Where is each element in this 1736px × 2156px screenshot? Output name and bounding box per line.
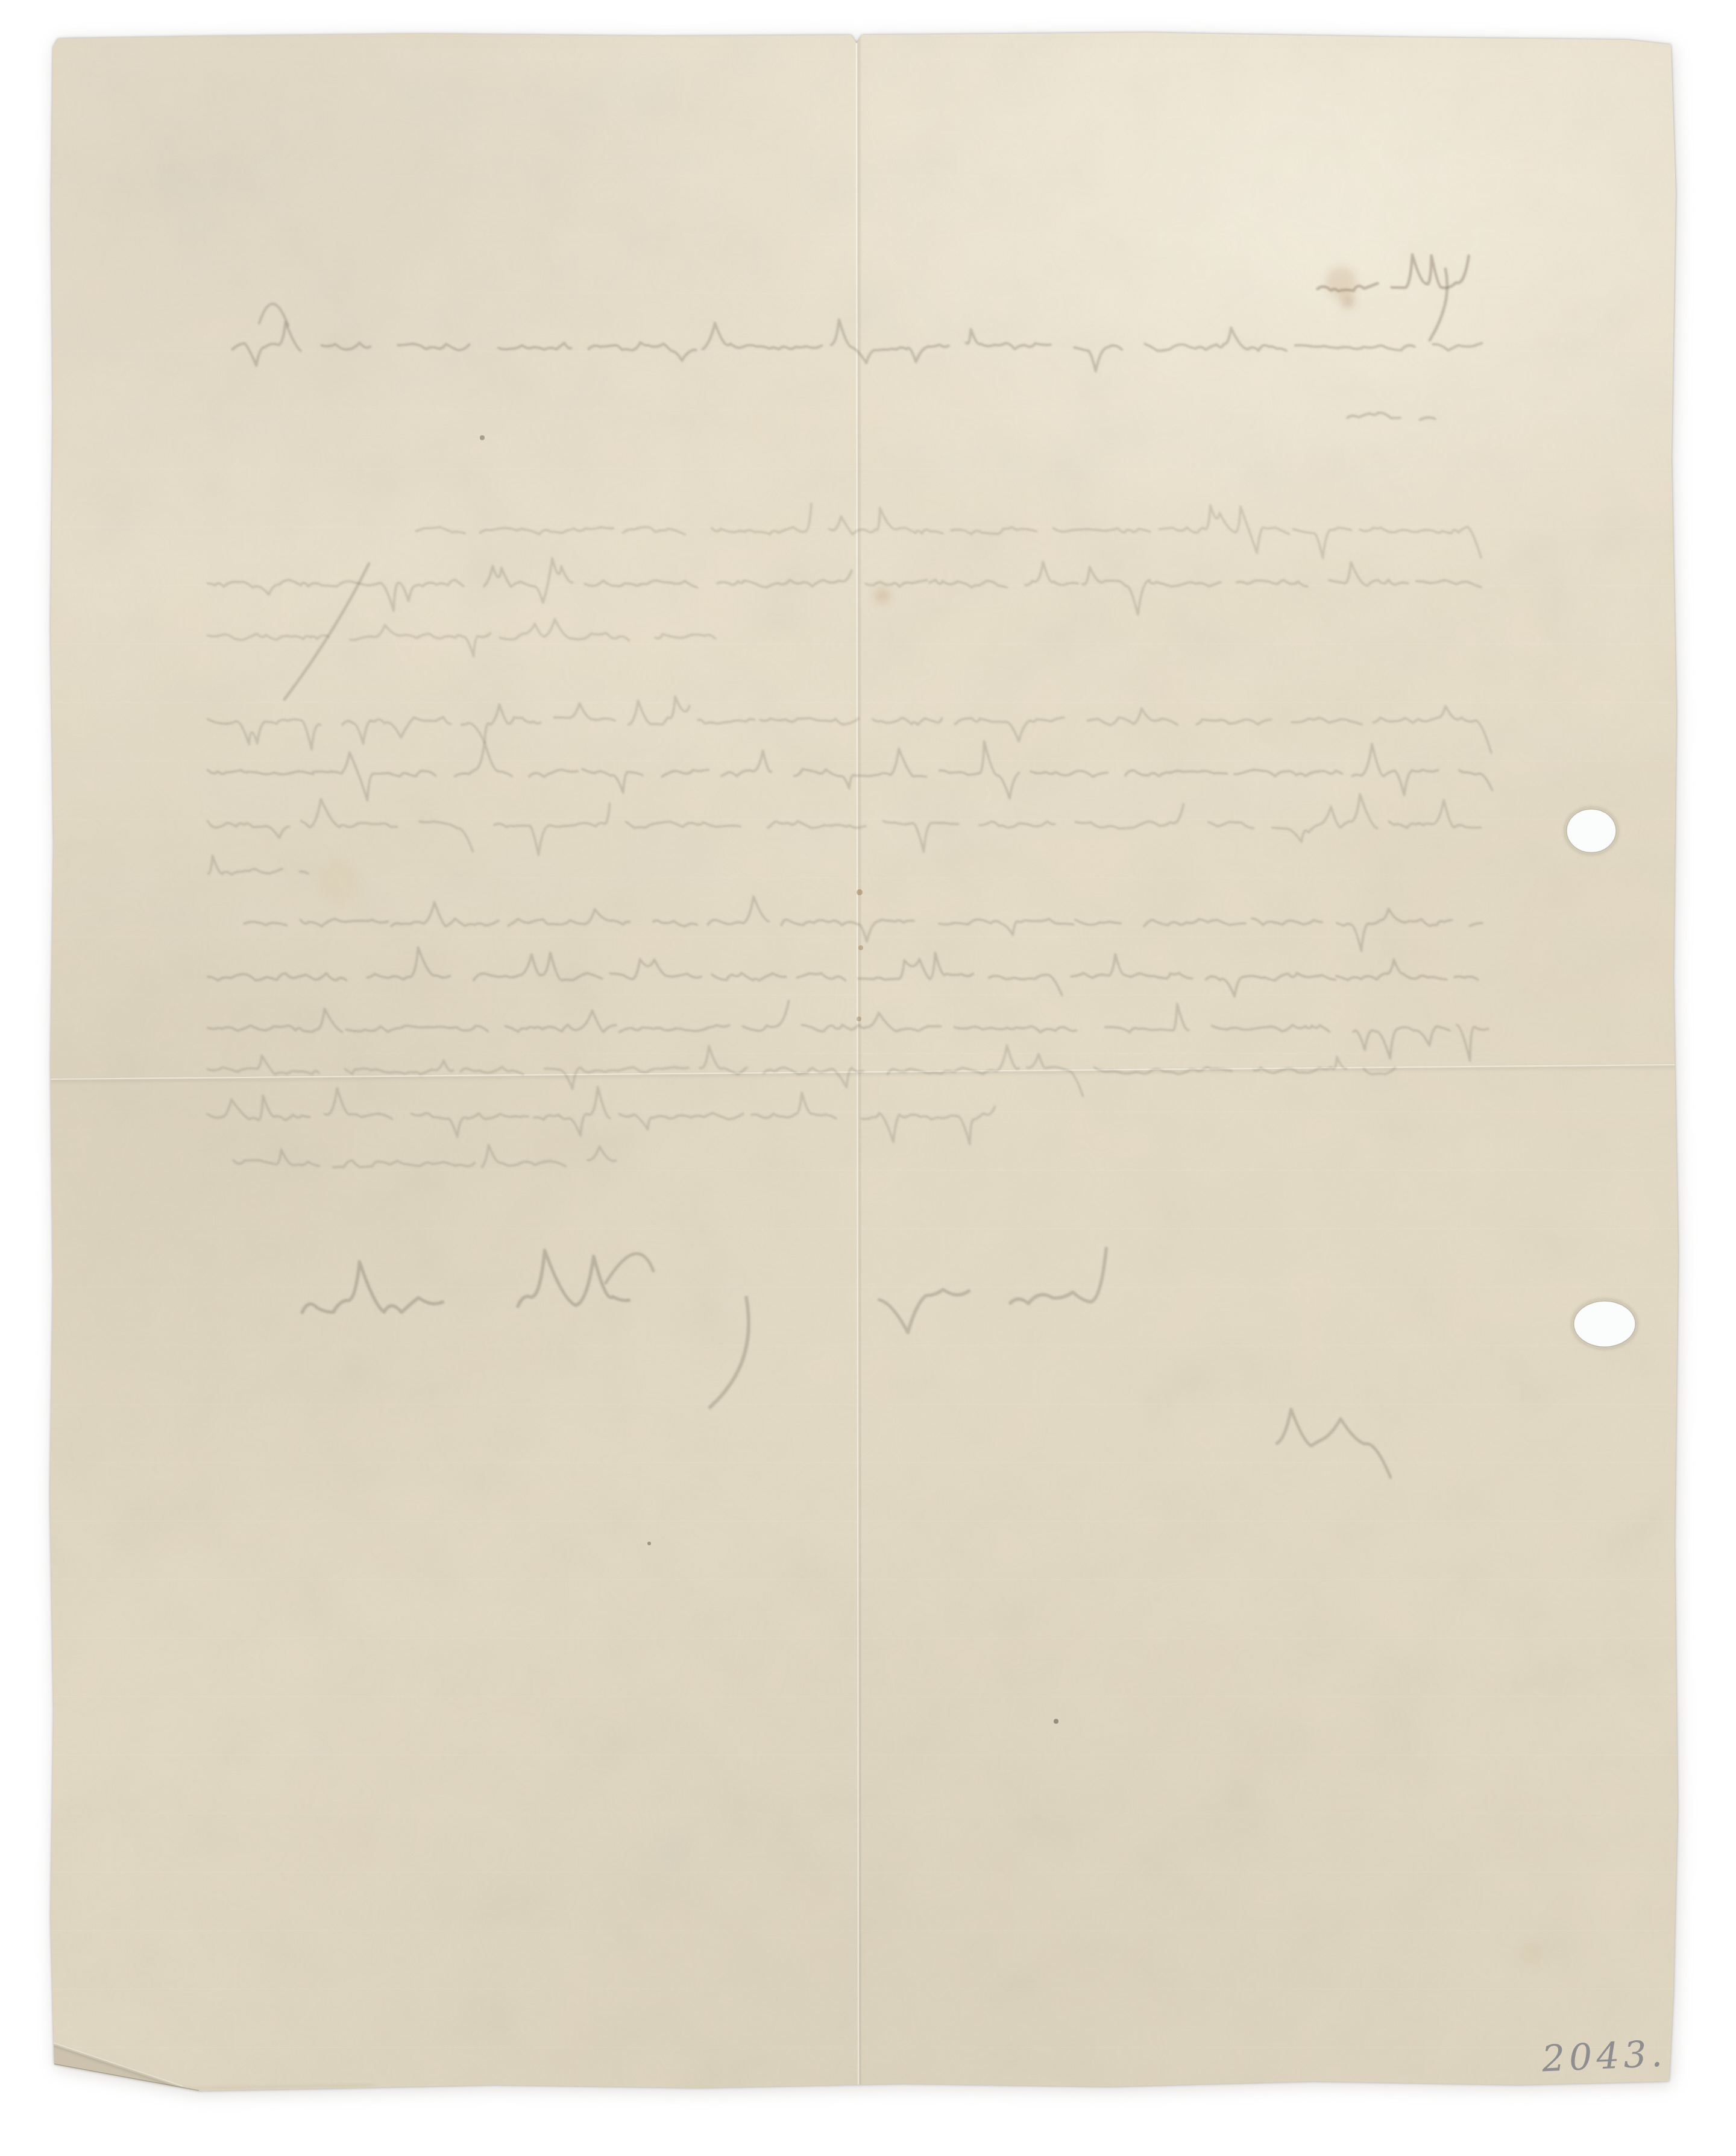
archival-number: 2043. xyxy=(1541,2033,1668,2081)
paper-sheet xyxy=(0,0,1736,2156)
paper-sheet-shadow xyxy=(0,0,1736,2156)
scanned-document-page: 2043. xyxy=(0,0,1736,2156)
